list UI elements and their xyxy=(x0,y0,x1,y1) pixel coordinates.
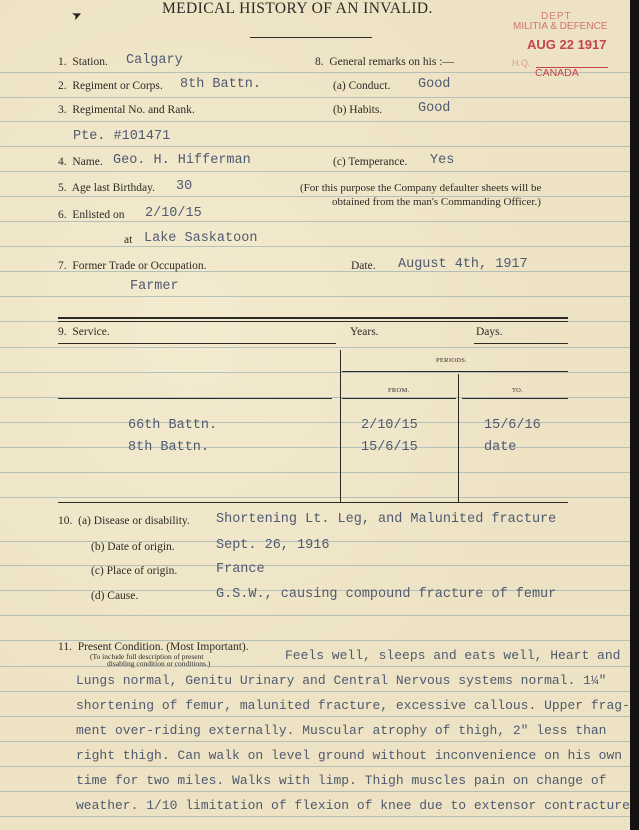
field-regiment-value: 8th Battn. xyxy=(180,77,261,93)
temperance-label: (c) Temperance. xyxy=(333,155,407,169)
ruled-line xyxy=(0,791,630,792)
ruled-line xyxy=(0,246,630,247)
habits-value: Good xyxy=(418,101,450,117)
field-enlisted-at-value: Lake Saskatoon xyxy=(144,231,257,247)
remarks-note-line1: (For this purpose the Company defaulter … xyxy=(300,181,541,195)
ruled-line xyxy=(0,816,630,817)
field-age-value: 30 xyxy=(176,179,192,195)
service-top-rule xyxy=(58,317,568,319)
service-col-rule-1 xyxy=(58,398,332,399)
cause-value: G.S.W., causing compound fracture of fem… xyxy=(216,587,556,603)
condition-text-line: Feels well, sleeps and eats well, Heart … xyxy=(285,648,620,664)
pen-mark-icon: ➤ xyxy=(69,7,84,25)
service-row-from: 2/10/15 xyxy=(361,418,418,434)
condition-text-line: Lungs normal, Genitu Urinary and Central… xyxy=(76,673,607,689)
ruled-line xyxy=(0,472,630,473)
ruled-line xyxy=(0,171,630,172)
ruled-line xyxy=(0,666,630,667)
field-enlisted-label: 6. Enlisted on xyxy=(58,208,124,222)
stamp-hq: H.Q. xyxy=(512,58,531,68)
service-years-label: Years. xyxy=(350,325,379,339)
remarks-note-line2: obtained from the man's Commanding Offic… xyxy=(332,195,541,209)
service-divider-1 xyxy=(340,350,341,502)
ruled-line xyxy=(0,121,630,122)
field-enlisted-value: 2/10/15 xyxy=(145,206,202,222)
disability-label: 10. (a) Disease or disability. xyxy=(58,514,190,528)
field-regiment-label: 2. Regiment or Corps. xyxy=(58,79,163,93)
condition-text-line: weather. 1/10 limitation of flexion of k… xyxy=(76,798,630,814)
field-regno-label: 3. Regimental No. and Rank. xyxy=(58,103,195,117)
remarks-label: 8. General remarks on his :— xyxy=(315,55,454,69)
field-regno-value: Pte. #101471 xyxy=(73,129,170,145)
ruled-line xyxy=(0,372,630,373)
field-name-value: Geo. H. Hifferman xyxy=(113,153,251,169)
origin-date-value: Sept. 26, 1916 xyxy=(216,538,329,554)
to-label: TO. xyxy=(512,384,523,398)
temperance-value: Yes xyxy=(430,153,454,169)
from-label: FROM. xyxy=(388,384,410,398)
conduct-label: (a) Conduct. xyxy=(333,79,390,93)
field-station-label: 1. Station. xyxy=(58,55,108,69)
condition-text-line: ment over-riding externally. Muscular at… xyxy=(76,723,607,739)
date-label: Date. xyxy=(351,259,376,273)
field-trade-value: Farmer xyxy=(130,279,179,295)
condition-note-line2: disabling condition or conditions.) xyxy=(107,660,210,668)
service-col-rule-3 xyxy=(462,398,568,399)
field-trade-label: 7. Former Trade or Occupation. xyxy=(58,259,207,273)
service-row-from: 15/6/15 xyxy=(361,440,418,456)
ruled-line xyxy=(0,741,630,742)
condition-text-line: time for two miles. Walks with limp. Thi… xyxy=(76,773,607,789)
service-row-unit: 8th Battn. xyxy=(128,440,209,456)
service-row-to: 15/6/16 xyxy=(484,418,541,434)
ruled-line xyxy=(0,716,630,717)
periods-label: PERIODS. xyxy=(436,354,467,368)
origin-place-label: (c) Place of origin. xyxy=(91,564,177,578)
service-days-label: Days. xyxy=(476,325,503,339)
disability-value: Shortening Lt. Leg, and Malunited fractu… xyxy=(216,512,556,528)
field-name-label: 4. Name. xyxy=(58,155,103,169)
stamp-date: AUG 22 1917 xyxy=(527,37,607,52)
service-label: 9. Service. xyxy=(58,325,110,339)
service-col-rule-2 xyxy=(342,398,456,399)
periods-rule xyxy=(342,371,568,372)
stamp-canada: CANADA xyxy=(535,67,579,79)
field-age-label: 5. Age last Birthday. xyxy=(58,181,155,195)
ruled-line xyxy=(0,615,630,616)
ruled-line xyxy=(0,497,630,498)
scan-edge xyxy=(630,0,639,830)
ruled-line xyxy=(0,691,630,692)
service-header-rule-left xyxy=(58,343,336,344)
ruled-line xyxy=(0,296,630,297)
condition-text-line: right thigh. Can walk on level ground wi… xyxy=(76,748,622,764)
service-top-rule-thin xyxy=(58,321,568,322)
ruled-line xyxy=(0,447,630,448)
service-row-to: date xyxy=(484,440,516,456)
document-page: ➤ MEDICAL HISTORY OF AN INVALID. DEPT MI… xyxy=(0,0,630,830)
title-underline xyxy=(250,37,372,38)
ruled-line xyxy=(0,347,630,348)
ruled-line xyxy=(0,766,630,767)
service-bottom-rule xyxy=(58,502,568,503)
ruled-line xyxy=(0,97,630,98)
habits-label: (b) Habits. xyxy=(333,103,382,117)
date-value: August 4th, 1917 xyxy=(398,257,528,273)
origin-place-value: France xyxy=(216,562,265,578)
service-row-unit: 66th Battn. xyxy=(128,418,217,434)
field-enlisted-at-label: at xyxy=(124,233,132,247)
ruled-line xyxy=(0,146,630,147)
origin-date-label: (b) Date of origin. xyxy=(91,540,175,554)
document-title: MEDICAL HISTORY OF AN INVALID. xyxy=(162,2,433,16)
service-divider-2 xyxy=(458,374,459,502)
cause-label: (d) Cause. xyxy=(91,589,138,603)
field-station-value: Calgary xyxy=(126,53,183,69)
conduct-value: Good xyxy=(418,77,450,93)
condition-text-line: shortening of femur, malunited fracture,… xyxy=(76,698,630,714)
stamp-militia: MILITIA & DEFENCE xyxy=(513,21,607,32)
service-header-rule-right xyxy=(474,343,568,344)
